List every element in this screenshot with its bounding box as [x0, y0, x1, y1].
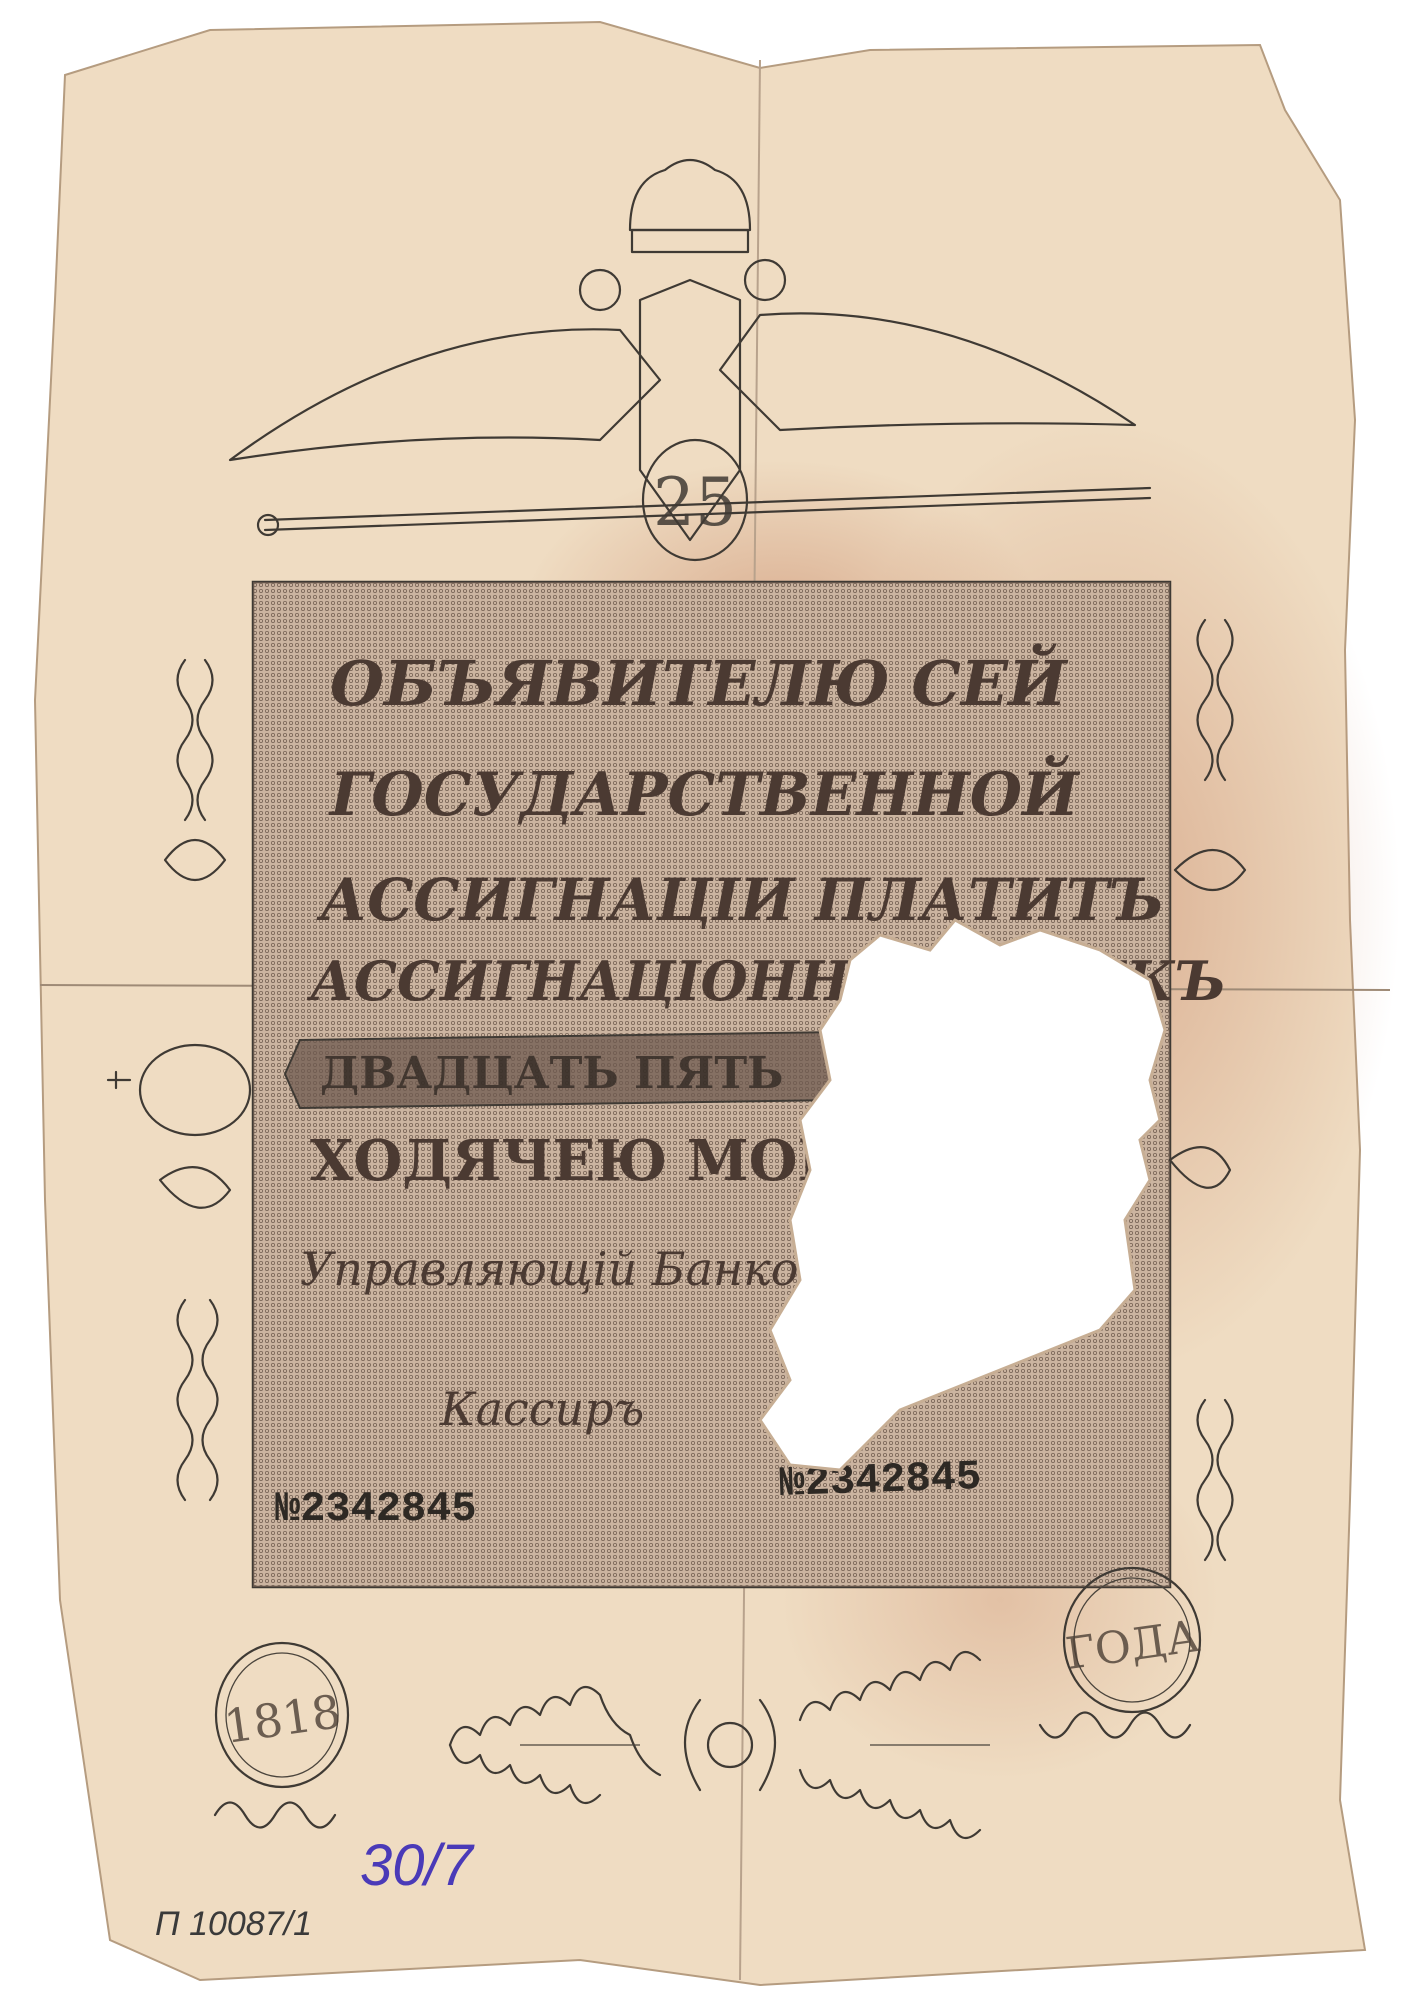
- denomination-banner-text: ДВАДЦАТЬ ПЯТЬ: [320, 1048, 783, 1099]
- banknote-scan: 25 ОБЪЯВИТЕЛЮ СЕЙ ГОСУДАРСТВЕННОЙ АССИГН…: [0, 0, 1417, 2000]
- handwritten-blue-mark: 30/7: [360, 1833, 476, 1898]
- denomination-numeral: 25: [653, 464, 737, 541]
- serial-number-left: №2342845: [275, 1485, 477, 1533]
- signature-manager: Управляющій Банкомъ: [300, 1242, 867, 1296]
- handwritten-pencil-inventory-number: П 10087/1: [155, 1905, 312, 1943]
- scan-stage: 25 ОБЪЯВИТЕЛЮ СЕЙ ГОСУДАРСТВЕННОЙ АССИГН…: [0, 0, 1417, 2000]
- panel-line-3: АССИГНАЦІИ ПЛАТИТЪ: [316, 866, 1165, 934]
- signature-cashier: Кассиръ: [439, 1382, 644, 1436]
- panel-line-1: ОБЪЯВИТЕЛЮ СЕЙ: [330, 643, 1069, 720]
- panel-line-2: ГОСУДАРСТВЕННОЙ: [328, 755, 1081, 830]
